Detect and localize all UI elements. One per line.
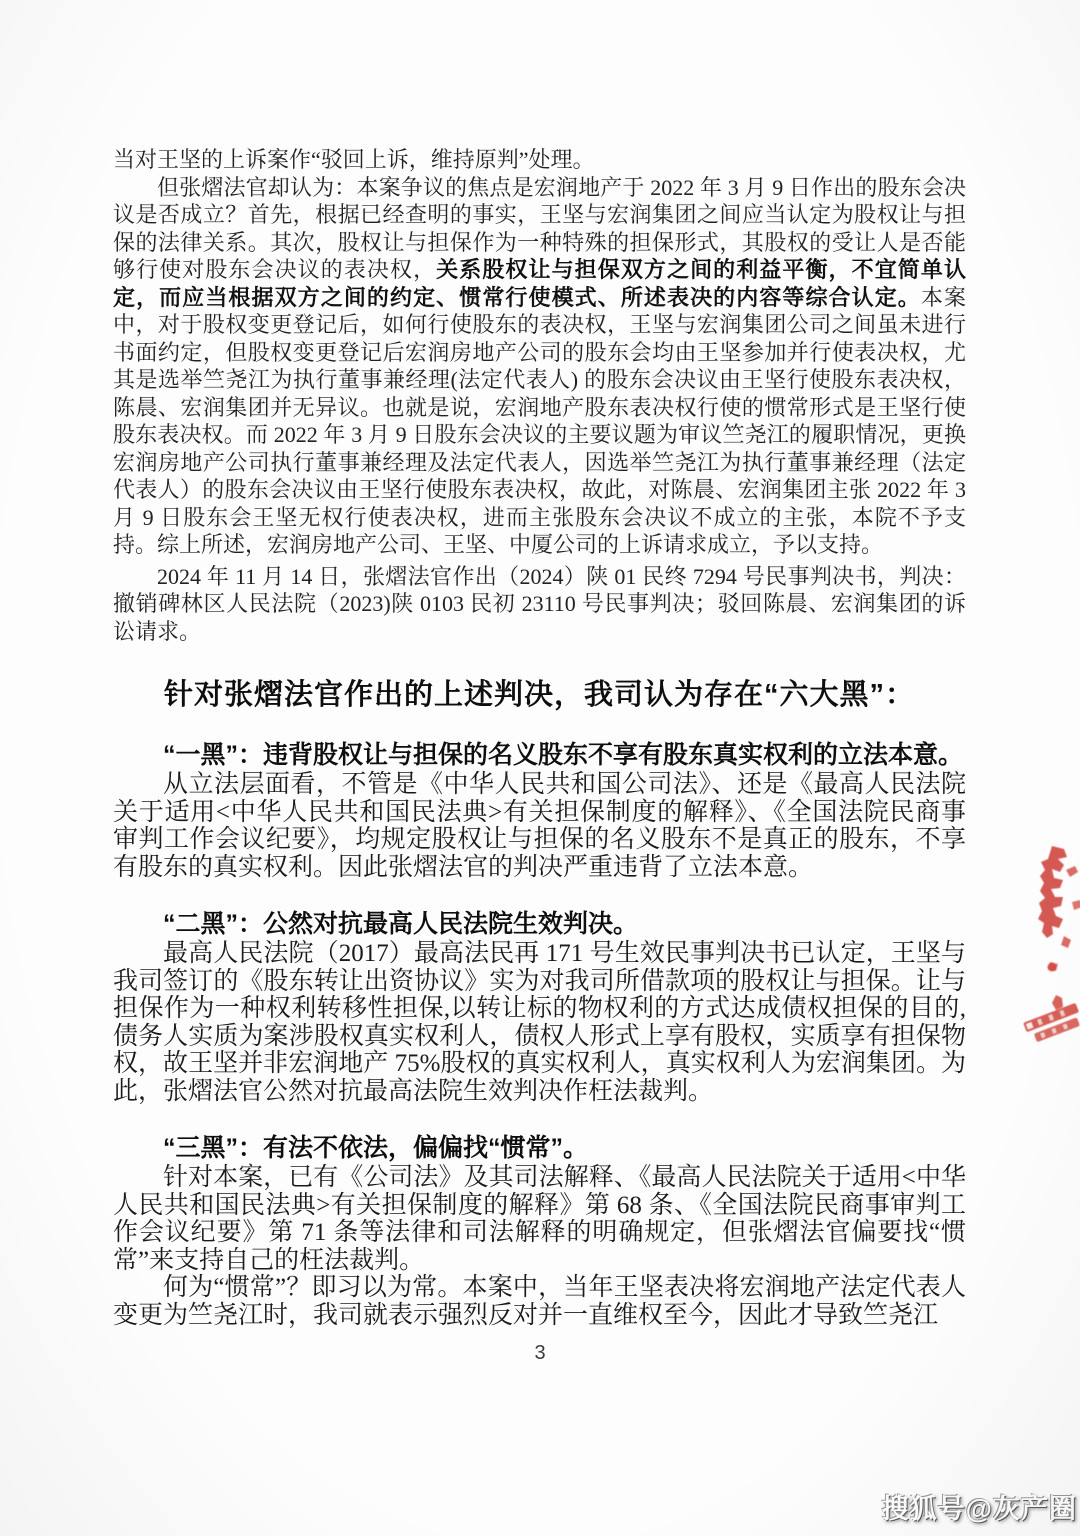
six-blacks-headline: 针对张熠法官作出的上述判决，我司认为存在“六大黑”： (113, 672, 966, 713)
section-third-black: “三黑”：有法不依法，偏偏找“惯常”。 针对本案，已有《公司法》及其司法解释、《… (113, 1134, 966, 1329)
section-first-black-title: “一黑”：违背股权让与担保的名义股东不享有股东真实权利的立法本意。 (113, 741, 966, 769)
section-third-black-paragraph-1: 针对本案，已有《公司法》及其司法解释、《最高人民法院关于适用<中华人民共和国民法… (113, 1164, 966, 1274)
section-second-black: “二黑”：公然对抗最高人民法院生效判决。 最高人民法院（2017）最高法民再 1… (113, 910, 966, 1105)
section-second-black-paragraph: 最高人民法院（2017）最高法民再 171 号生效民事判决书已认定，王坚与我司签… (113, 940, 966, 1105)
section-second-black-title: “二黑”：公然对抗最高人民法院生效判决。 (113, 910, 966, 938)
intro-paragraph-1: 当对王坚的上诉案作“驳回上诉，维持原判”处理。 (113, 146, 966, 174)
section-third-black-paragraph-2: 何为“惯常”？即习以为常。本案中，当年王坚表决将宏润地产法定代表人变更为竺尧江时… (113, 1274, 966, 1329)
document-content: 当对王坚的上诉案作“驳回上诉，维持原判”处理。 但张熠法官却认为：本案争议的焦点… (113, 146, 966, 1329)
document-page: 当对王坚的上诉案作“驳回上诉，维持原判”处理。 但张熠法官却认为：本案争议的焦点… (0, 0, 1080, 1536)
intro-paragraph-2-tail: 本案中，对于股权变更登记后，如何行使股东的表决权，王坚与宏润集团公司之间虽未进行… (113, 285, 966, 558)
section-first-black-paragraph: 从立法层面看，不管是《中华人民共和国公司法》、还是《最高人民法院关于适用<中华人… (113, 771, 966, 881)
sohu-watermark: 搜狐号@灰产圈 (882, 1487, 1077, 1526)
section-third-black-title: “三黑”：有法不依法，偏偏找“惯常”。 (113, 1134, 966, 1162)
judgment-summary-block: 当对王坚的上诉案作“驳回上诉，维持原判”处理。 但张熠法官却认为：本案争议的焦点… (113, 146, 966, 645)
intro-paragraph-2: 但张熠法官却认为：本案争议的焦点是宏润地产于 2022 年 3 月 9 日作出的… (113, 174, 966, 559)
section-first-black: “一黑”：违背股权让与担保的名义股东不享有股东真实权利的立法本意。 从立法层面看… (113, 741, 966, 881)
red-seal-fragment-icon (1014, 840, 1080, 1058)
intro-paragraph-3: 2024 年 11 月 14 日，张熠法官作出（2024）陕 01 民终 729… (113, 563, 966, 646)
page-number: 3 (0, 1342, 1080, 1365)
